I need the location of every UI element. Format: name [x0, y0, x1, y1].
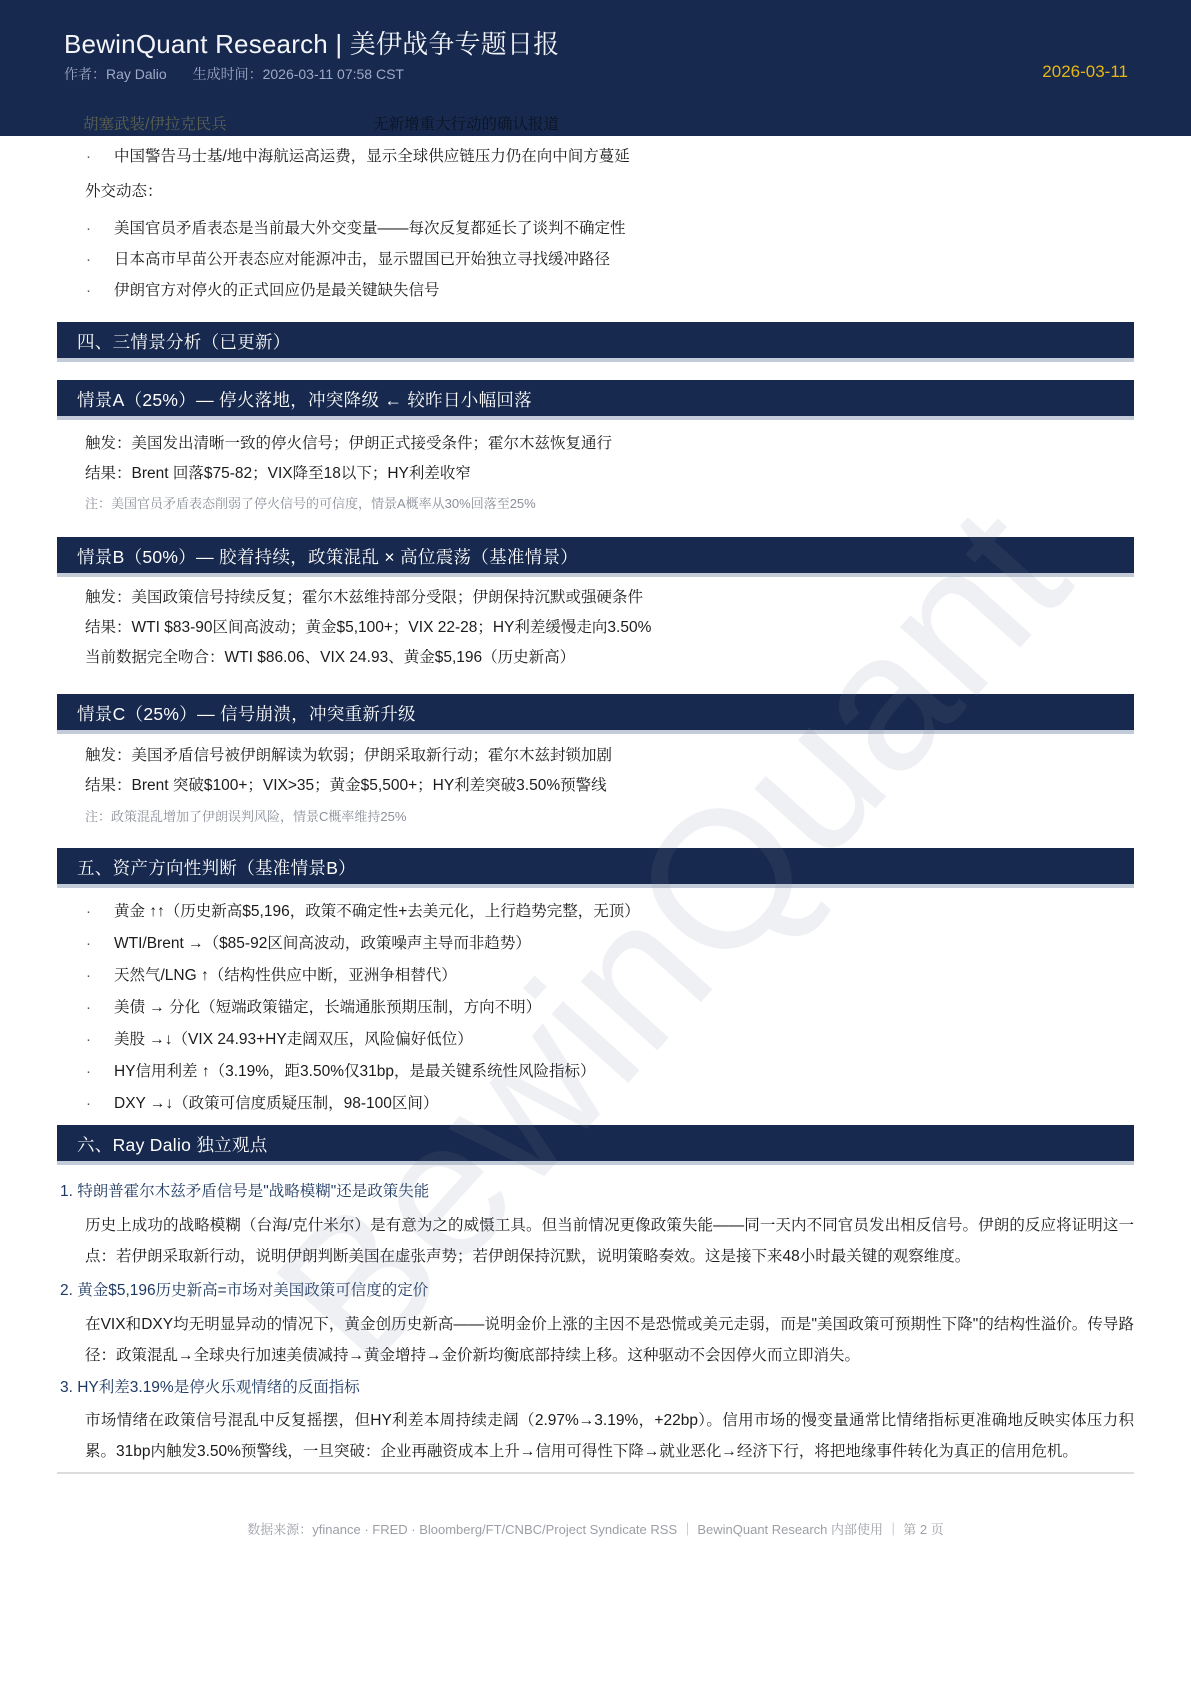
scenario-b-result: 结果：WTI $83-90区间高波动；黄金$5,100+；VIX 22-28；H…: [85, 617, 1134, 638]
asset-bullet-lng: 天然气/LNG ↑（结构性供应中断，亚洲争相替代）: [57, 965, 1134, 986]
scenario-b-header: 情景B（50%）— 胶着持续，政策混乱 × 高位震荡（基准情景）: [57, 537, 1134, 577]
report-body: 中国警告马士基/地中海航运高运费，显示全球供应链压力仍在向中间方蔓延 外交动态：…: [0, 136, 1191, 1539]
diplomacy-subheading: 外交动态：: [85, 181, 1134, 202]
asset-bullet-hy: HY信用利差 ↑（3.19%，距3.50%仅31bp，是最关键系统性风险指标）: [57, 1061, 1134, 1082]
generated-time-label: 生成时间：2026-03-11 07:58 CST: [193, 66, 404, 82]
scenario-a-header: 情景A（25%）— 停火落地，冲突降级 ← 较昨日小幅回落: [57, 380, 1134, 420]
scenario-b-trigger: 触发：美国政策信号持续反复；霍尔木兹维持部分受限；伊朗保持沉默或强硬条件: [85, 587, 1134, 608]
section-header-dalio: 六、Ray Dalio 独立观点: [57, 1125, 1134, 1165]
diplomacy-bullet: 美国官员矛盾表态是当前最大外交变量——每次反复都延长了谈判不确定性: [57, 218, 1134, 239]
dalio-point-1-heading: 1. 特朗普霍尔木兹矛盾信号是"战略模糊"还是政策失能: [60, 1181, 1134, 1203]
section-header-assets: 五、资产方向性判断（基准情景B）: [57, 848, 1134, 888]
scenario-c-header: 情景C（25%）— 信号崩溃，冲突重新升级: [57, 694, 1134, 734]
clipped-row-status: 无新增重大行动的确认报道: [373, 112, 559, 134]
asset-bullet-oil: WTI/Brent →（$85-92区间高波动，政策噪声主导而非趋势）: [57, 933, 1134, 954]
dalio-point-3-heading: 3. HY利差3.19%是停火乐观情绪的反面指标: [60, 1377, 1134, 1399]
scenario-a-result: 结果：Brent 回落$75-82；VIX降至18以下；HY利差收窄: [85, 463, 1134, 484]
asset-bullet-dxy: DXY →↓（政策可信度质疑压制，98-100区间）: [57, 1093, 1134, 1114]
intro-top-bullet: 中国警告马士基/地中海航运高运费，显示全球供应链压力仍在向中间方蔓延: [57, 146, 1134, 167]
asset-bullet-gold: 黄金 ↑↑（历史新高$5,196，政策不确定性+去美元化，上行趋势完整，无顶）: [57, 901, 1134, 922]
scenario-a-trigger: 触发：美国发出清晰一致的停火信号；伊朗正式接受条件；霍尔木兹恢复通行: [85, 433, 1134, 454]
asset-bullet-list: 黄金 ↑↑（历史新高$5,196，政策不确定性+去美元化，上行趋势完整，无顶） …: [57, 901, 1134, 1114]
date-badge: 2026-03-11: [1042, 62, 1128, 82]
clipped-table-row: 胡塞武装/伊拉克民兵 无新增重大行动的确认报道: [0, 112, 1191, 134]
report-title: BewinQuant Research | 美伊战争专题日报: [64, 24, 559, 61]
dalio-point-1-body: 历史上成功的战略模糊（台海/克什米尔）是有意为之的威慑工具。但当前情况更像政策失…: [85, 1210, 1134, 1272]
dalio-point-2-heading: 2. 黄金$5,196历史新高=市场对美国政策可信度的定价: [60, 1280, 1134, 1302]
intro-bullet-list: 中国警告马士基/地中海航运高运费，显示全球供应链压力仍在向中间方蔓延: [57, 146, 1134, 167]
dalio-point-2-body: 在VIX和DXY均无明显异动的情况下，黄金创历史新高——说明金价上涨的主因不是恐…: [85, 1309, 1134, 1371]
scenario-c-result: 结果：Brent 突破$100+；VIX>35；黄金$5,500+；HY利差突破…: [85, 775, 1134, 796]
footer-text: 数据来源：yfinance · FRED · Bloomberg/FT/CNBC…: [57, 1521, 1134, 1539]
diplomacy-bullet: 伊朗官方对停火的正式回应仍是最关键缺失信号: [57, 280, 1134, 301]
report-page: BewinQuant Research | 美伊战争专题日报 作者：Ray Da…: [0, 0, 1191, 1684]
scenario-b-current-fit: 当前数据完全吻合：WTI $86.06、VIX 24.93、黄金$5,196（历…: [85, 647, 1134, 668]
report-meta: 作者：Ray Dalio 生成时间：2026-03-11 07:58 CST: [64, 64, 404, 84]
scenario-c-trigger: 触发：美国矛盾信号被伊朗解读为软弱；伊朗采取新行动；霍尔木兹封锁加剧: [85, 745, 1134, 766]
asset-bullet-equity: 美股 →↓（VIX 24.93+HY走阔双压，风险偏好低位）: [57, 1029, 1134, 1050]
section-header-scenarios: 四、三情景分析（已更新）: [57, 322, 1134, 362]
asset-bullet-bonds: 美债 → 分化（短端政策锚定，长端通胀预期压制，方向不明）: [57, 997, 1134, 1018]
dalio-point-3-body: 市场情绪在政策信号混乱中反复摇摆，但HY利差本周持续走阔（2.97%→3.19%…: [85, 1405, 1134, 1467]
clipped-row-actor: 胡塞武装/伊拉克民兵: [83, 112, 227, 134]
diplomacy-bullet: 日本高市早苗公开表态应对能源冲击，显示盟国已开始独立寻找缓冲路径: [57, 249, 1134, 270]
footer-divider: [57, 1472, 1134, 1474]
diplomacy-bullet-list: 美国官员矛盾表态是当前最大外交变量——每次反复都延长了谈判不确定性 日本高市早苗…: [57, 218, 1134, 301]
scenario-c-note: 注：政策混乱增加了伊朗误判风险，情景C概率维持25%: [85, 808, 1134, 826]
scenario-a-note: 注：美国官员矛盾表态削弱了停火信号的可信度，情景A概率从30%回落至25%: [85, 495, 1134, 513]
report-header: BewinQuant Research | 美伊战争专题日报 作者：Ray Da…: [0, 0, 1191, 136]
author-label: 作者：Ray Dalio: [64, 66, 167, 82]
